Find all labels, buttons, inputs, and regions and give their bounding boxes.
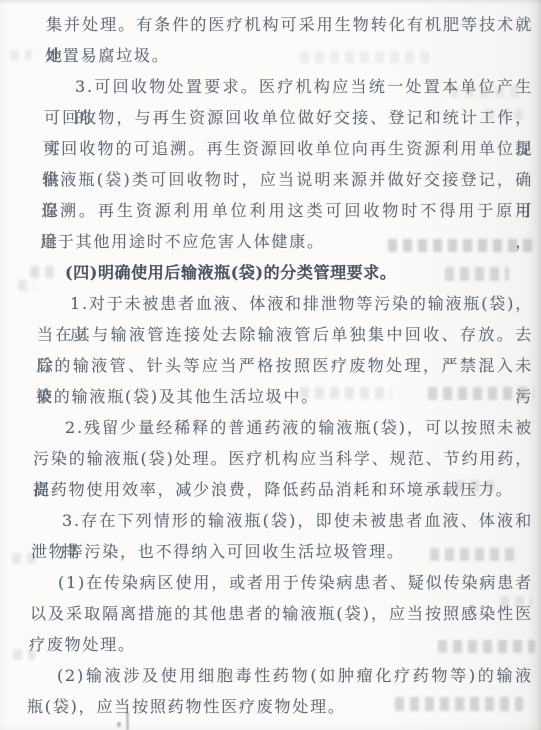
document-line: 集并处理。有条件的医疗机构可采用生物转化有机肥等技术就地 xyxy=(0,9,533,40)
document-line: 当在其与输液管连接处去除输液管后单独集中回收、存放。去除 xyxy=(0,319,533,350)
document-line: 处置易腐垃圾。 xyxy=(0,40,533,71)
document-line: 输液瓶(袋)类可回收物时，应当说明来源并做好交接登记，确保可 xyxy=(0,164,533,195)
ink-speck xyxy=(117,722,121,727)
document-line: 2.残留少量经稀释的普通药液的输液瓶(袋)，可以按照未被 xyxy=(0,412,533,443)
document-line: (1)在传染病区使用，或者用于传染病患者、疑似传染病患者 xyxy=(0,567,533,598)
document-line: 1.对于未被患者血液、体液和排泄物等污染的输液瓶(袋)，应 xyxy=(0,288,533,319)
document-line: (2)输液涉及使用细胞毒性药物(如肿瘤化疗药物等)的输液 xyxy=(0,660,533,691)
document-text-block: 集并处理。有条件的医疗机构可采用生物转化有机肥等技术就地 处置易腐垃圾。 3.可… xyxy=(0,9,533,722)
document-line: 以及采取隔离措施的其他患者的输液瓶(袋)，应当按照感染性医 xyxy=(0,598,533,629)
section-heading: (四)明确使用后输液瓶(袋)的分类管理要求。 xyxy=(0,257,533,288)
document-line: 3.存在下列情形的输液瓶(袋)，即使未被患者血液、体液和排 xyxy=(0,505,533,536)
document-line: 可回收物，与再生资源回收单位做好交接、登记和统计工作，实现 xyxy=(0,102,533,133)
document-line: 高药物使用效率，减少浪费，降低药品消耗和环境承载压力。 xyxy=(0,474,533,505)
document-line: 污染的输液瓶(袋)处理。医疗机构应当科学、规范、节约用药，提 xyxy=(0,443,533,474)
document-line: 后的输液管、针头等应当严格按照医疗废物处理，严禁混入未被污 xyxy=(0,350,533,381)
document-line: 瓶(袋)，应当按照药物性医疗废物处理。 xyxy=(0,691,533,722)
document-line: 追溯。再生资源利用单位利用这类可回收物时不得用于原用途， xyxy=(0,195,533,226)
document-line: 3.可回收物处置要求。医疗机构应当统一处置本单位产生的 xyxy=(0,71,533,102)
document-line: 可回收物的可追溯。再生资源回收单位向再生资源利用单位提供 xyxy=(0,133,533,164)
document-line: 疗废物处理。 xyxy=(0,629,533,660)
document-line: 泄物等污染，也不得纳入可回收生活垃圾管理。 xyxy=(0,536,533,567)
scanned-page: 集并处理。有条件的医疗机构可采用生物转化有机肥等技术就地 处置易腐垃圾。 3.可… xyxy=(0,0,541,730)
